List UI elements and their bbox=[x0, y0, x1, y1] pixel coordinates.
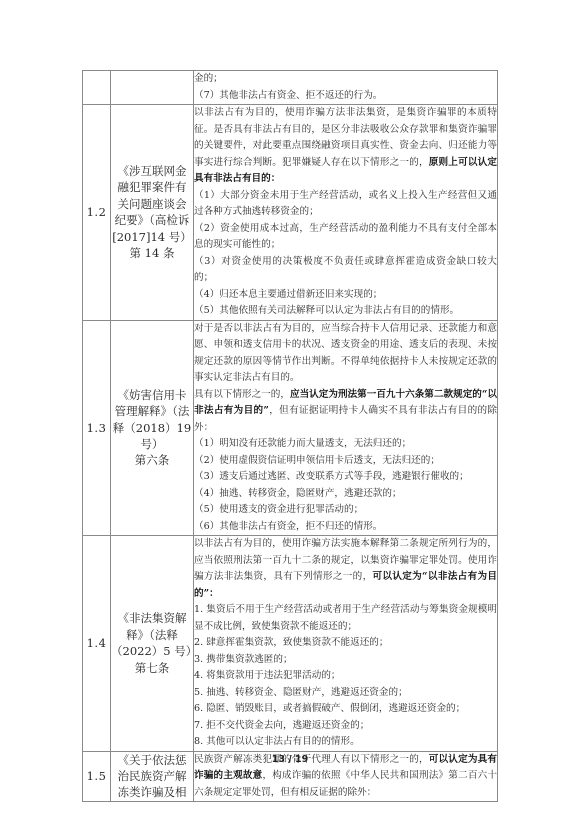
provision-paragraph: （5）其他依照有关司法解释可以认定为非法占有目的的情形。 bbox=[194, 303, 497, 320]
source-citation-line: 纪要》（高检诉 bbox=[111, 212, 193, 228]
provision-paragraph: （6）其他非法占有资金，拒不归还的情形。 bbox=[194, 519, 497, 536]
row-number-cell: 1.3 bbox=[83, 320, 111, 536]
source-citation-cell: 《非法集资解释》（法释（2022）5 号）第七条 bbox=[111, 536, 194, 752]
row-number-cell bbox=[83, 71, 111, 105]
provision-paragraph: （2）资金使用成本过高，生产经营活动的盈利能力不具有支付全部本息的现实可能性的； bbox=[194, 221, 497, 254]
provision-paragraph: 5. 抽逃、转移资金、隐匿财产，逃避返还资金的； bbox=[194, 685, 497, 702]
provision-paragraph: （1）大部分资金未用于生产经营活动，或名义上投入生产经营但又通过各种方式抽逃转移… bbox=[194, 188, 497, 221]
source-citation-line: 治民族资产解 bbox=[111, 768, 193, 784]
source-citation-cell: 《妨害信用卡管理解释》（法释（2018）19号）第六条 bbox=[111, 320, 194, 536]
provision-paragraph: （2）使用虚假资信证明申领信用卡后透支，无法归还的； bbox=[194, 453, 497, 470]
provision-paragraph: 7. 拒不交代资金去向，逃避返还资金的； bbox=[194, 718, 497, 735]
provision-text-cell: 以非法占有为目的，使用诈骗方法实施本解释第二条规定所列行为的，应当依照刑法第一百… bbox=[194, 536, 498, 752]
provision-text-cell: 对于是否以非法占有为目的，应当综合持卡人信用记录、还款能力和意愿、申领和透支信用… bbox=[194, 320, 498, 536]
provision-paragraph: （3）对资金使用的决策极度不负责任或肆意挥霍造成资金缺口较大的； bbox=[194, 254, 497, 287]
source-citation-line: 关问题座谈会 bbox=[111, 196, 193, 212]
provision-text-cell: 以非法占有为目的，使用诈骗方法非法集资，是集资诈骗罪的本质特征。是否具有非法占有… bbox=[194, 105, 498, 321]
source-citation-line: [2017]14 号） bbox=[111, 229, 193, 245]
provision-paragraph: 4. 将集资款用于违法犯罪活动的； bbox=[194, 668, 497, 685]
legal-provisions-table: 金的；（7）其他非法占有资金、拒不返还的行为。1.2《涉互联网金融犯罪案件有关问… bbox=[82, 70, 498, 802]
source-citation-line: 管理解释》（法 bbox=[111, 403, 193, 419]
row-number-cell: 1.4 bbox=[83, 536, 111, 752]
page-number: 13 / 19 bbox=[0, 754, 580, 765]
source-citation-line: 《涉互联网金 bbox=[111, 163, 193, 179]
table-row: 金的；（7）其他非法占有资金、拒不返还的行为。 bbox=[83, 71, 498, 105]
provision-paragraph: 以非法占有为目的，使用诈骗方法实施本解释第二条规定所列行为的，应当依照刑法第一百… bbox=[194, 536, 497, 602]
provision-paragraph: 6. 隐匿、销毁账目，或者搞假破产、假倒闭，逃避返还资金的； bbox=[194, 701, 497, 718]
provision-text: 具有以下情形之一的， bbox=[194, 389, 290, 400]
provision-paragraph: （7）其他非法占有资金、拒不返还的行为。 bbox=[194, 88, 497, 105]
row-number-cell: 1.2 bbox=[83, 105, 111, 321]
source-citation-line: 《非法集资解 bbox=[111, 610, 193, 626]
source-citation-line: 第七条 bbox=[111, 660, 193, 676]
source-citation-cell: 《涉互联网金融犯罪案件有关问题座谈会纪要》（高检诉[2017]14 号）第 14… bbox=[111, 105, 194, 321]
provision-text-cell: 金的；（7）其他非法占有资金、拒不返还的行为。 bbox=[194, 71, 498, 105]
provision-paragraph: （5）使用透支的资金进行犯罪活动的； bbox=[194, 502, 497, 519]
provision-paragraph: 2. 肆意挥霍集资款，致使集资款不能返还的； bbox=[194, 635, 497, 652]
provision-paragraph: 8. 其他可以认定非法占有目的的情形。 bbox=[194, 734, 497, 751]
source-citation-line: 释（2018）19 bbox=[111, 420, 193, 436]
provision-paragraph: 对于是否以非法占有为目的，应当综合持卡人信用记录、还款能力和意愿、申领和透支信用… bbox=[194, 321, 497, 387]
table-row: 1.2《涉互联网金融犯罪案件有关问题座谈会纪要》（高检诉[2017]14 号）第… bbox=[83, 105, 498, 321]
source-citation-line: （2022）5 号） bbox=[111, 643, 193, 659]
document-page: 金的；（7）其他非法占有资金、拒不返还的行为。1.2《涉互联网金融犯罪案件有关问… bbox=[0, 0, 580, 820]
source-citation-line: 《妨害信用卡 bbox=[111, 387, 193, 403]
provision-paragraph: （4）抽逃、转移资金，隐匿财产，逃避还款的； bbox=[194, 486, 497, 503]
source-citation-line: 第 14 条 bbox=[111, 245, 193, 261]
source-citation-line: 冻类诈骗及相 bbox=[111, 784, 193, 800]
provision-paragraph: 具有以下情形之一的，应当认定为刑法第一百九十六条第二款规定的“以非法占有为目的”… bbox=[194, 387, 497, 437]
source-citation-line: 第六条 bbox=[111, 452, 193, 468]
source-citation-line: 融犯罪案件有 bbox=[111, 179, 193, 195]
provision-paragraph: 1. 集资后不用于生产经营活动或者用于生产经营活动与筹集资金规模明显不成比例，致… bbox=[194, 602, 497, 635]
table-row: 1.4《非法集资解释》（法释（2022）5 号）第七条以非法占有为目的，使用诈骗… bbox=[83, 536, 498, 752]
provision-paragraph: 金的； bbox=[194, 71, 497, 88]
provision-paragraph: （4）归还本息主要通过借新还旧来实现的； bbox=[194, 287, 497, 304]
source-citation-line: 号） bbox=[111, 436, 193, 452]
source-citation-line: 释》（法释 bbox=[111, 627, 193, 643]
source-citation-cell bbox=[111, 71, 194, 105]
provision-paragraph: 3. 携带集资款逃匿的； bbox=[194, 652, 497, 669]
provision-paragraph: （1）明知没有还款能力而大量透支，无法归还的； bbox=[194, 436, 497, 453]
table-row: 1.3《妨害信用卡管理解释》（法释（2018）19号）第六条对于是否以非法占有为… bbox=[83, 320, 498, 536]
provision-paragraph: （3）透支后通过逃匿、改变联系方式等手段，逃避银行催收的； bbox=[194, 469, 497, 486]
provision-paragraph: 以非法占有为目的，使用诈骗方法非法集资，是集资诈骗罪的本质特征。是否具有非法占有… bbox=[194, 105, 497, 188]
